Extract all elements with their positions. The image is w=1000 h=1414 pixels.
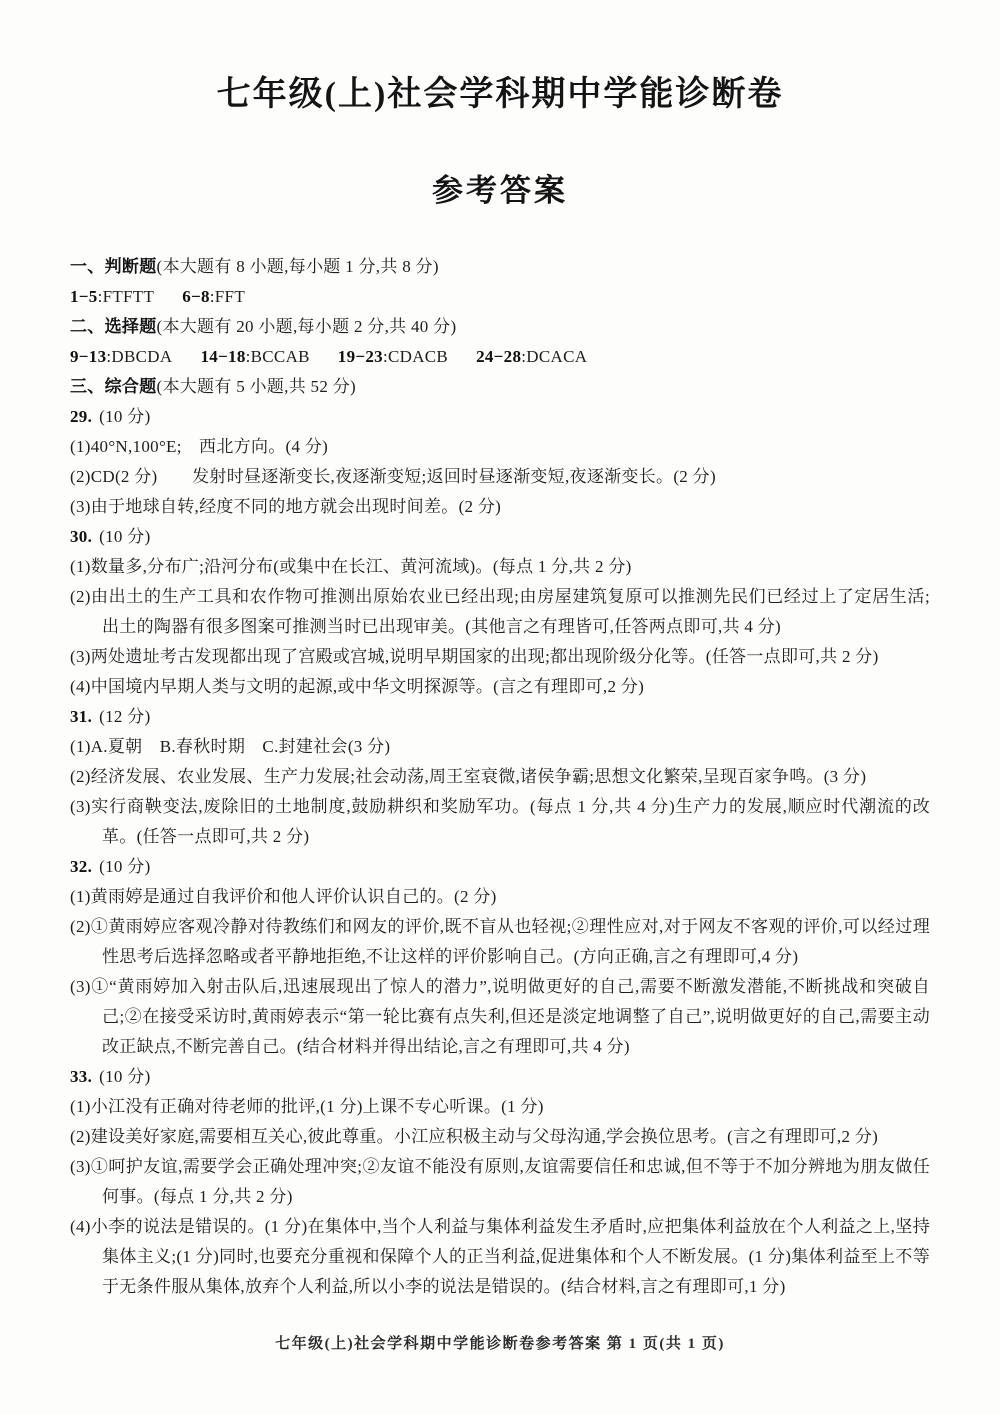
question-number: 32. — [70, 857, 92, 876]
answer-part: (3)实行商鞅变法,废除旧的土地制度,鼓励耕织和奖励军功。(每点 1 分,共 4… — [70, 792, 930, 852]
question-number: 29. — [70, 407, 92, 426]
question-number: 31. — [70, 707, 92, 726]
answer-part: (2)①黄雨婷应客观冷静对待教练们和网友的评价,既不盲从也轻视;②理性应对,对于… — [70, 912, 930, 972]
section-heading-label: 一、判断题 — [70, 257, 157, 276]
question-number: 33. — [70, 1067, 92, 1086]
question-score: (12 分) — [99, 707, 150, 726]
answer-part: (3)两处遗址考古发现都出现了宫殿或宫城,说明早期国家的出现;都出现阶级分化等。… — [70, 642, 930, 672]
answer-part: (2)CD(2 分) 发射时昼逐渐变长,夜逐渐变短;返回时昼逐渐变短,夜逐渐变长… — [70, 462, 930, 492]
section-heading-choice: 二、选择题(本大题有 20 小题,每小题 2 分,共 40 分) — [70, 312, 930, 342]
answer-part: (2)由出土的生产工具和农作物可推测出原始农业已经出现;由房屋建筑复原可以推测先… — [70, 582, 930, 642]
question-header-32: 32.(10 分) — [70, 852, 930, 882]
question-score: (10 分) — [99, 527, 150, 546]
answer-part: (3)由于地球自转,经度不同的地方就会出现时间差。(2 分) — [70, 492, 930, 522]
document-page: 七年级(上)社会学科期中学能诊断卷 参考答案 一、判断题(本大题有 8 小题,每… — [0, 0, 1000, 1414]
page-footer: 七年级(上)社会学科期中学能诊断卷参考答案 第 1 页(共 1 页) — [0, 1332, 1000, 1353]
answer-letters: :DBCDA — [106, 347, 172, 366]
answer-pair: 19−23:CDACB — [338, 347, 448, 366]
section-heading-note: (本大题有 5 小题,共 52 分) — [157, 377, 356, 396]
answer-letters: :DCACA — [521, 347, 587, 366]
judgement-answer-row: 1−5:FTFTT6−8:FFT — [70, 282, 930, 312]
section-heading-note: (本大题有 20 小题,每小题 2 分,共 40 分) — [157, 317, 457, 336]
answer-range: 1−5 — [70, 287, 98, 306]
answer-part: (3)①呵护友谊,需要学会正确处理冲突;②友谊不能没有原则,友谊需要信任和忠诚,… — [70, 1152, 930, 1212]
answer-range: 6−8 — [182, 287, 210, 306]
section-heading-judgement: 一、判断题(本大题有 8 小题,每小题 1 分,共 8 分) — [70, 252, 930, 282]
page-title: 七年级(上)社会学科期中学能诊断卷 — [0, 0, 1000, 114]
answer-part: (2)建设美好家庭,需要相互关心,彼此尊重。小江应积极主动与父母沟通,学会换位思… — [70, 1122, 930, 1152]
answer-letters: :CDACB — [383, 347, 448, 366]
answer-part: (4)中国境内早期人类与文明的起源,或中华文明探源等。(言之有理即可,2 分) — [70, 672, 930, 702]
answer-part: (1)A.夏朝 B.春秋时期 C.封建社会(3 分) — [70, 732, 930, 762]
answer-letters: :FTFTT — [98, 287, 155, 306]
question-header-33: 33.(10 分) — [70, 1062, 930, 1092]
answer-letters: :BCCAB — [246, 347, 310, 366]
answer-pair: 24−28:DCACA — [476, 347, 587, 366]
question-header-29: 29.(10 分) — [70, 402, 930, 432]
question-header-30: 30.(10 分) — [70, 522, 930, 552]
answer-range: 14−18 — [200, 347, 245, 366]
section-heading-label: 二、选择题 — [70, 317, 157, 336]
answer-part: (2)经济发展、农业发展、生产力发展;社会动荡,周王室衰微,诸侯争霸;思想文化繁… — [70, 762, 930, 792]
answer-pair: 6−8:FFT — [182, 287, 245, 306]
question-score: (10 分) — [99, 407, 150, 426]
answer-part: (1)数量多,分布广;沿河分布(或集中在长江、黄河流域)。(每点 1 分,共 2… — [70, 552, 930, 582]
answer-part: (1)小江没有正确对待老师的批评,(1 分)上课不专心听课。(1 分) — [70, 1092, 930, 1122]
question-score: (10 分) — [99, 1067, 150, 1086]
question-score: (10 分) — [99, 857, 150, 876]
answer-pair: 1−5:FTFTT — [70, 287, 154, 306]
answer-range: 24−28 — [476, 347, 521, 366]
section-heading-comprehensive: 三、综合题(本大题有 5 小题,共 52 分) — [70, 372, 930, 402]
page-subtitle: 参考答案 — [0, 174, 1000, 208]
answer-part: (3)①“黄雨婷加入射击队后,迅速展现出了惊人的潜力”,说明做更好的自己,需要不… — [70, 972, 930, 1062]
question-header-31: 31.(12 分) — [70, 702, 930, 732]
section-heading-note: (本大题有 8 小题,每小题 1 分,共 8 分) — [157, 257, 439, 276]
answer-range: 9−13 — [70, 347, 106, 366]
answer-letters: :FFT — [210, 287, 245, 306]
answer-pair: 14−18:BCCAB — [200, 347, 309, 366]
answer-part: (1)40°N,100°E; 西北方向。(4 分) — [70, 432, 930, 462]
choice-answer-row: 9−13:DBCDA14−18:BCCAB19−23:CDACB24−28:DC… — [70, 342, 930, 372]
answer-part: (4)小李的说法是错误的。(1 分)在集体中,当个人利益与集体利益发生矛盾时,应… — [70, 1212, 930, 1302]
section-heading-label: 三、综合题 — [70, 377, 157, 396]
question-number: 30. — [70, 527, 92, 546]
document-body: 一、判断题(本大题有 8 小题,每小题 1 分,共 8 分) 1−5:FTFTT… — [70, 252, 930, 1302]
answer-part: (1)黄雨婷是通过自我评价和他人评价认识自己的。(2 分) — [70, 882, 930, 912]
answer-range: 19−23 — [338, 347, 383, 366]
answer-pair: 9−13:DBCDA — [70, 347, 172, 366]
